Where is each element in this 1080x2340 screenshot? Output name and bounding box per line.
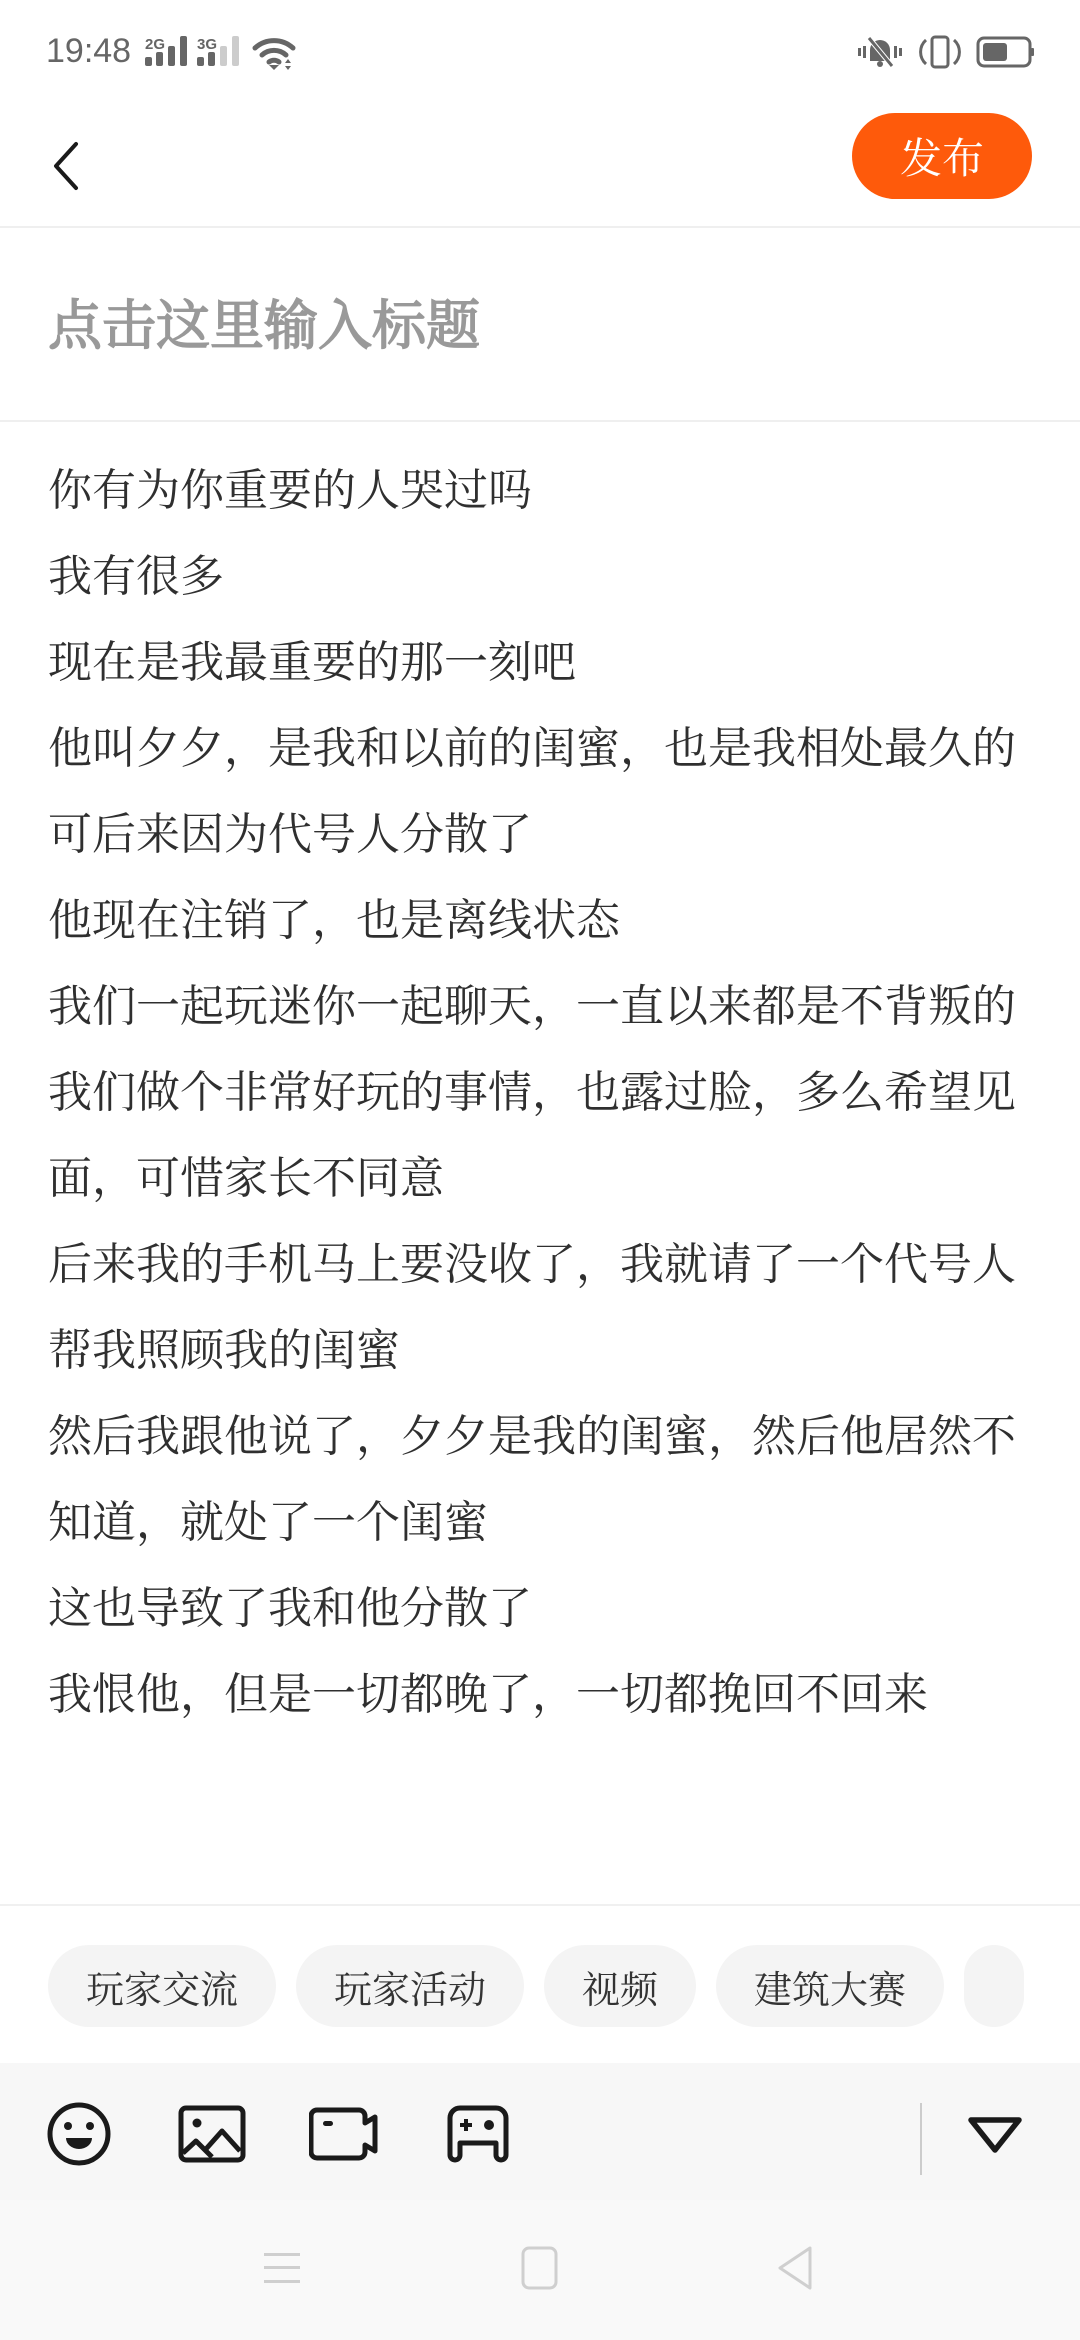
- video-icon: [309, 2107, 381, 2165]
- wifi-icon: [252, 36, 298, 76]
- body-paragraph: 他叫夕夕，是我和以前的闺蜜，也是我相处最久的: [48, 706, 1032, 792]
- divider: [0, 1904, 1080, 1906]
- body-paragraph: 现在是我最重要的那一刻吧: [48, 620, 1032, 706]
- publish-button[interactable]: 发布: [852, 113, 1032, 199]
- emoji-button[interactable]: [44, 2101, 114, 2171]
- editor-header: 发布: [0, 110, 1080, 228]
- back-button[interactable]: [48, 128, 98, 208]
- title-input[interactable]: [48, 290, 1028, 360]
- game-button[interactable]: [443, 2101, 513, 2171]
- status-time: 19:48: [46, 32, 131, 71]
- body-paragraph: 你有为你重要的人哭过吗: [48, 448, 1032, 534]
- battery-icon: [976, 35, 1036, 73]
- body-editor[interactable]: 你有为你重要的人哭过吗 我有很多 现在是我最重要的那一刻吧 他叫夕夕，是我和以前…: [48, 448, 1032, 1900]
- nav-menu-button[interactable]: [252, 2245, 312, 2295]
- tag-chip[interactable]: 建筑大赛: [716, 1945, 944, 2027]
- status-bar: 19:48 2G 3G: [0, 0, 1080, 110]
- triangle-down-icon: [965, 2112, 1025, 2160]
- signal-3g-icon: 3G: [197, 38, 247, 66]
- chevron-left-icon: [48, 140, 82, 196]
- body-paragraph: 后来我的手机马上要没收了，我就请了一个代号人帮我照顾我的闺蜜: [48, 1222, 1032, 1394]
- home-icon: [520, 2244, 560, 2296]
- title-area: [0, 230, 1080, 422]
- body-paragraph: 可后来因为代号人分散了: [48, 792, 1032, 878]
- image-button[interactable]: [177, 2101, 247, 2171]
- tag-chip[interactable]: 玩家活动: [296, 1945, 524, 2027]
- auto-rotate-icon: [918, 34, 962, 74]
- signal-2g-icon: 2G: [145, 38, 195, 66]
- body-paragraph: 我恨他，但是一切都晚了，一切都挽回不回来: [48, 1652, 1032, 1738]
- topic-tags: 玩家交流 玩家活动 视频 建筑大赛: [48, 1945, 1032, 2027]
- body-paragraph: 这也导致了我和他分散了: [48, 1566, 1032, 1652]
- emoji-icon: [46, 2101, 112, 2171]
- body-paragraph: 我们做个非常好玩的事情，也露过脸，多么希望见面，可惜家长不同意: [48, 1050, 1032, 1222]
- system-nav-bar: [0, 2200, 1080, 2340]
- mute-vibrate-icon: [856, 34, 904, 74]
- menu-icon: [262, 2248, 302, 2292]
- collapse-keyboard-button[interactable]: [960, 2101, 1030, 2171]
- status-right-icons: [856, 34, 1036, 74]
- body-paragraph: 我有很多: [48, 534, 1032, 620]
- nav-back-button[interactable]: [766, 2245, 826, 2295]
- body-paragraph: 他现在注销了，也是离线状态: [48, 878, 1032, 964]
- tag-chip[interactable]: 视频: [544, 1945, 696, 2027]
- nav-home-button[interactable]: [510, 2245, 570, 2295]
- image-icon: [178, 2105, 246, 2167]
- body-paragraph: 然后我跟他说了，夕夕是我的闺蜜，然后他居然不知道，就处了一个闺蜜: [48, 1394, 1032, 1566]
- toolbar-separator: [920, 2103, 922, 2175]
- body-paragraph: 我们一起玩迷你一起聊天，一直以来都是不背叛的: [48, 964, 1032, 1050]
- game-icon: [447, 2105, 509, 2167]
- tag-chip[interactable]: 玩家交流: [48, 1945, 276, 2027]
- video-button[interactable]: [310, 2101, 380, 2171]
- back-icon: [776, 2244, 816, 2296]
- tag-chip-partial[interactable]: [964, 1945, 1024, 2027]
